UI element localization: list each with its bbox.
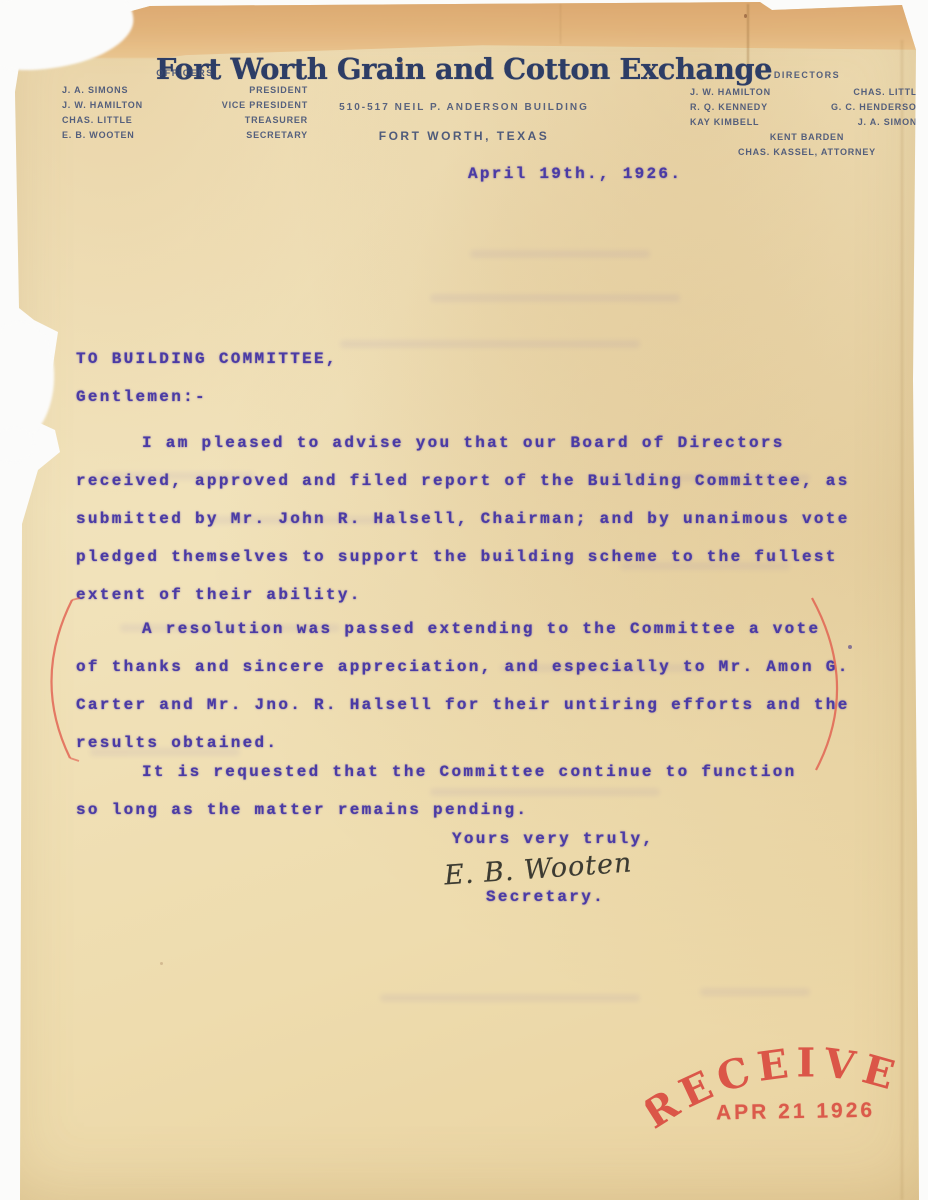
letter-date: April 19th., 1926. xyxy=(468,165,682,183)
director-name: KAY KIMBELL xyxy=(690,115,759,130)
director-name: J. A. SIMONS xyxy=(858,115,924,130)
bleed-through-artifact xyxy=(430,294,680,302)
paragraph-3: It is requested that the Committee conti… xyxy=(76,753,797,829)
directors-list: DIRECTORS J. W. HAMILTON CHAS. LITTLE R.… xyxy=(690,70,924,160)
paper-edge-crease xyxy=(901,40,903,1200)
red-annotation-paren-right xyxy=(800,590,862,782)
director-row: J. W. HAMILTON CHAS. LITTLE xyxy=(690,85,924,100)
red-annotation-paren-left xyxy=(26,594,82,770)
body-line: received, approved and filed report of t… xyxy=(76,462,850,500)
officer-title: SECRETARY xyxy=(246,128,308,143)
officer-row: J. A. SIMONS PRESIDENT xyxy=(62,83,308,98)
officer-title: TREASURER xyxy=(245,113,308,128)
body-line: of thanks and sincere appreciation, and … xyxy=(76,648,850,686)
scanned-letter-page: Fort Worth Grain and Cotton Exchange 510… xyxy=(0,0,928,1200)
body-line: so long as the matter remains pending. xyxy=(76,791,797,829)
bleed-through-artifact xyxy=(380,994,640,1002)
signature-title: Secretary. xyxy=(486,888,605,906)
body-line: Carter and Mr. Jno. R. Halsell for their… xyxy=(76,686,850,724)
body-line: A resolution was passed extending to the… xyxy=(76,610,850,648)
director-name: G. C. HENDERSON xyxy=(831,100,924,115)
bleed-through-artifact xyxy=(340,340,640,348)
director-name: R. Q. KENNEDY xyxy=(690,100,768,115)
stained-top-band xyxy=(0,0,928,58)
paper-speck xyxy=(744,14,747,18)
body-line: pledged themselves to support the buildi… xyxy=(76,538,850,576)
officer-name: CHAS. LITTLE xyxy=(62,113,133,128)
bleed-through-artifact xyxy=(700,988,810,996)
officer-name: J. A. SIMONS xyxy=(62,83,128,98)
director-name: CHAS. LITTLE xyxy=(853,85,924,100)
director-name: J. W. HAMILTON xyxy=(690,85,771,100)
officer-title: PRESIDENT xyxy=(249,83,308,98)
officer-title: VICE PRESIDENT xyxy=(222,98,308,113)
body-line: extent of their ability. xyxy=(76,576,850,614)
director-row: KAY KIMBELL J. A. SIMONS xyxy=(690,115,924,130)
paper-speck xyxy=(160,962,163,965)
received-stamp-date: APR 21 1926 xyxy=(716,1099,886,1126)
letter-closing: Yours very truly, xyxy=(452,830,654,848)
officer-row: J. W. HAMILTON VICE PRESIDENT xyxy=(62,98,308,113)
director-name: KENT BARDEN xyxy=(690,130,924,145)
paper-crease xyxy=(560,4,561,44)
letter-recipient: TO BUILDING COMMITTEE, xyxy=(76,350,338,368)
officers-list: OFFICERS J. A. SIMONS PRESIDENT J. W. HA… xyxy=(62,68,308,143)
officers-heading: OFFICERS xyxy=(62,68,308,78)
officer-row: CHAS. LITTLE TREASURER xyxy=(62,113,308,128)
director-row: R. Q. KENNEDY G. C. HENDERSON xyxy=(690,100,924,115)
body-line: I am pleased to advise you that our Boar… xyxy=(76,424,850,462)
officer-row: E. B. WOOTEN SECRETARY xyxy=(62,128,308,143)
body-line: It is requested that the Committee conti… xyxy=(76,753,797,791)
bleed-through-artifact xyxy=(470,250,650,258)
received-stamp: RECEIVED xyxy=(643,1031,909,1150)
paper-sheet: Fort Worth Grain and Cotton Exchange 510… xyxy=(0,0,928,1200)
directors-heading: DIRECTORS xyxy=(690,70,924,80)
officer-name: E. B. WOOTEN xyxy=(62,128,135,143)
letter-salutation: Gentlemen:- xyxy=(76,388,207,406)
attorney-name: CHAS. KASSEL, ATTORNEY xyxy=(690,145,924,160)
paragraph-2: A resolution was passed extending to the… xyxy=(76,610,850,762)
officer-name: J. W. HAMILTON xyxy=(62,98,143,113)
paragraph-1: I am pleased to advise you that our Boar… xyxy=(76,424,850,614)
body-line: submitted by Mr. John R. Halsell, Chairm… xyxy=(76,500,850,538)
handwritten-signature: E. B. Wooten xyxy=(443,847,633,891)
